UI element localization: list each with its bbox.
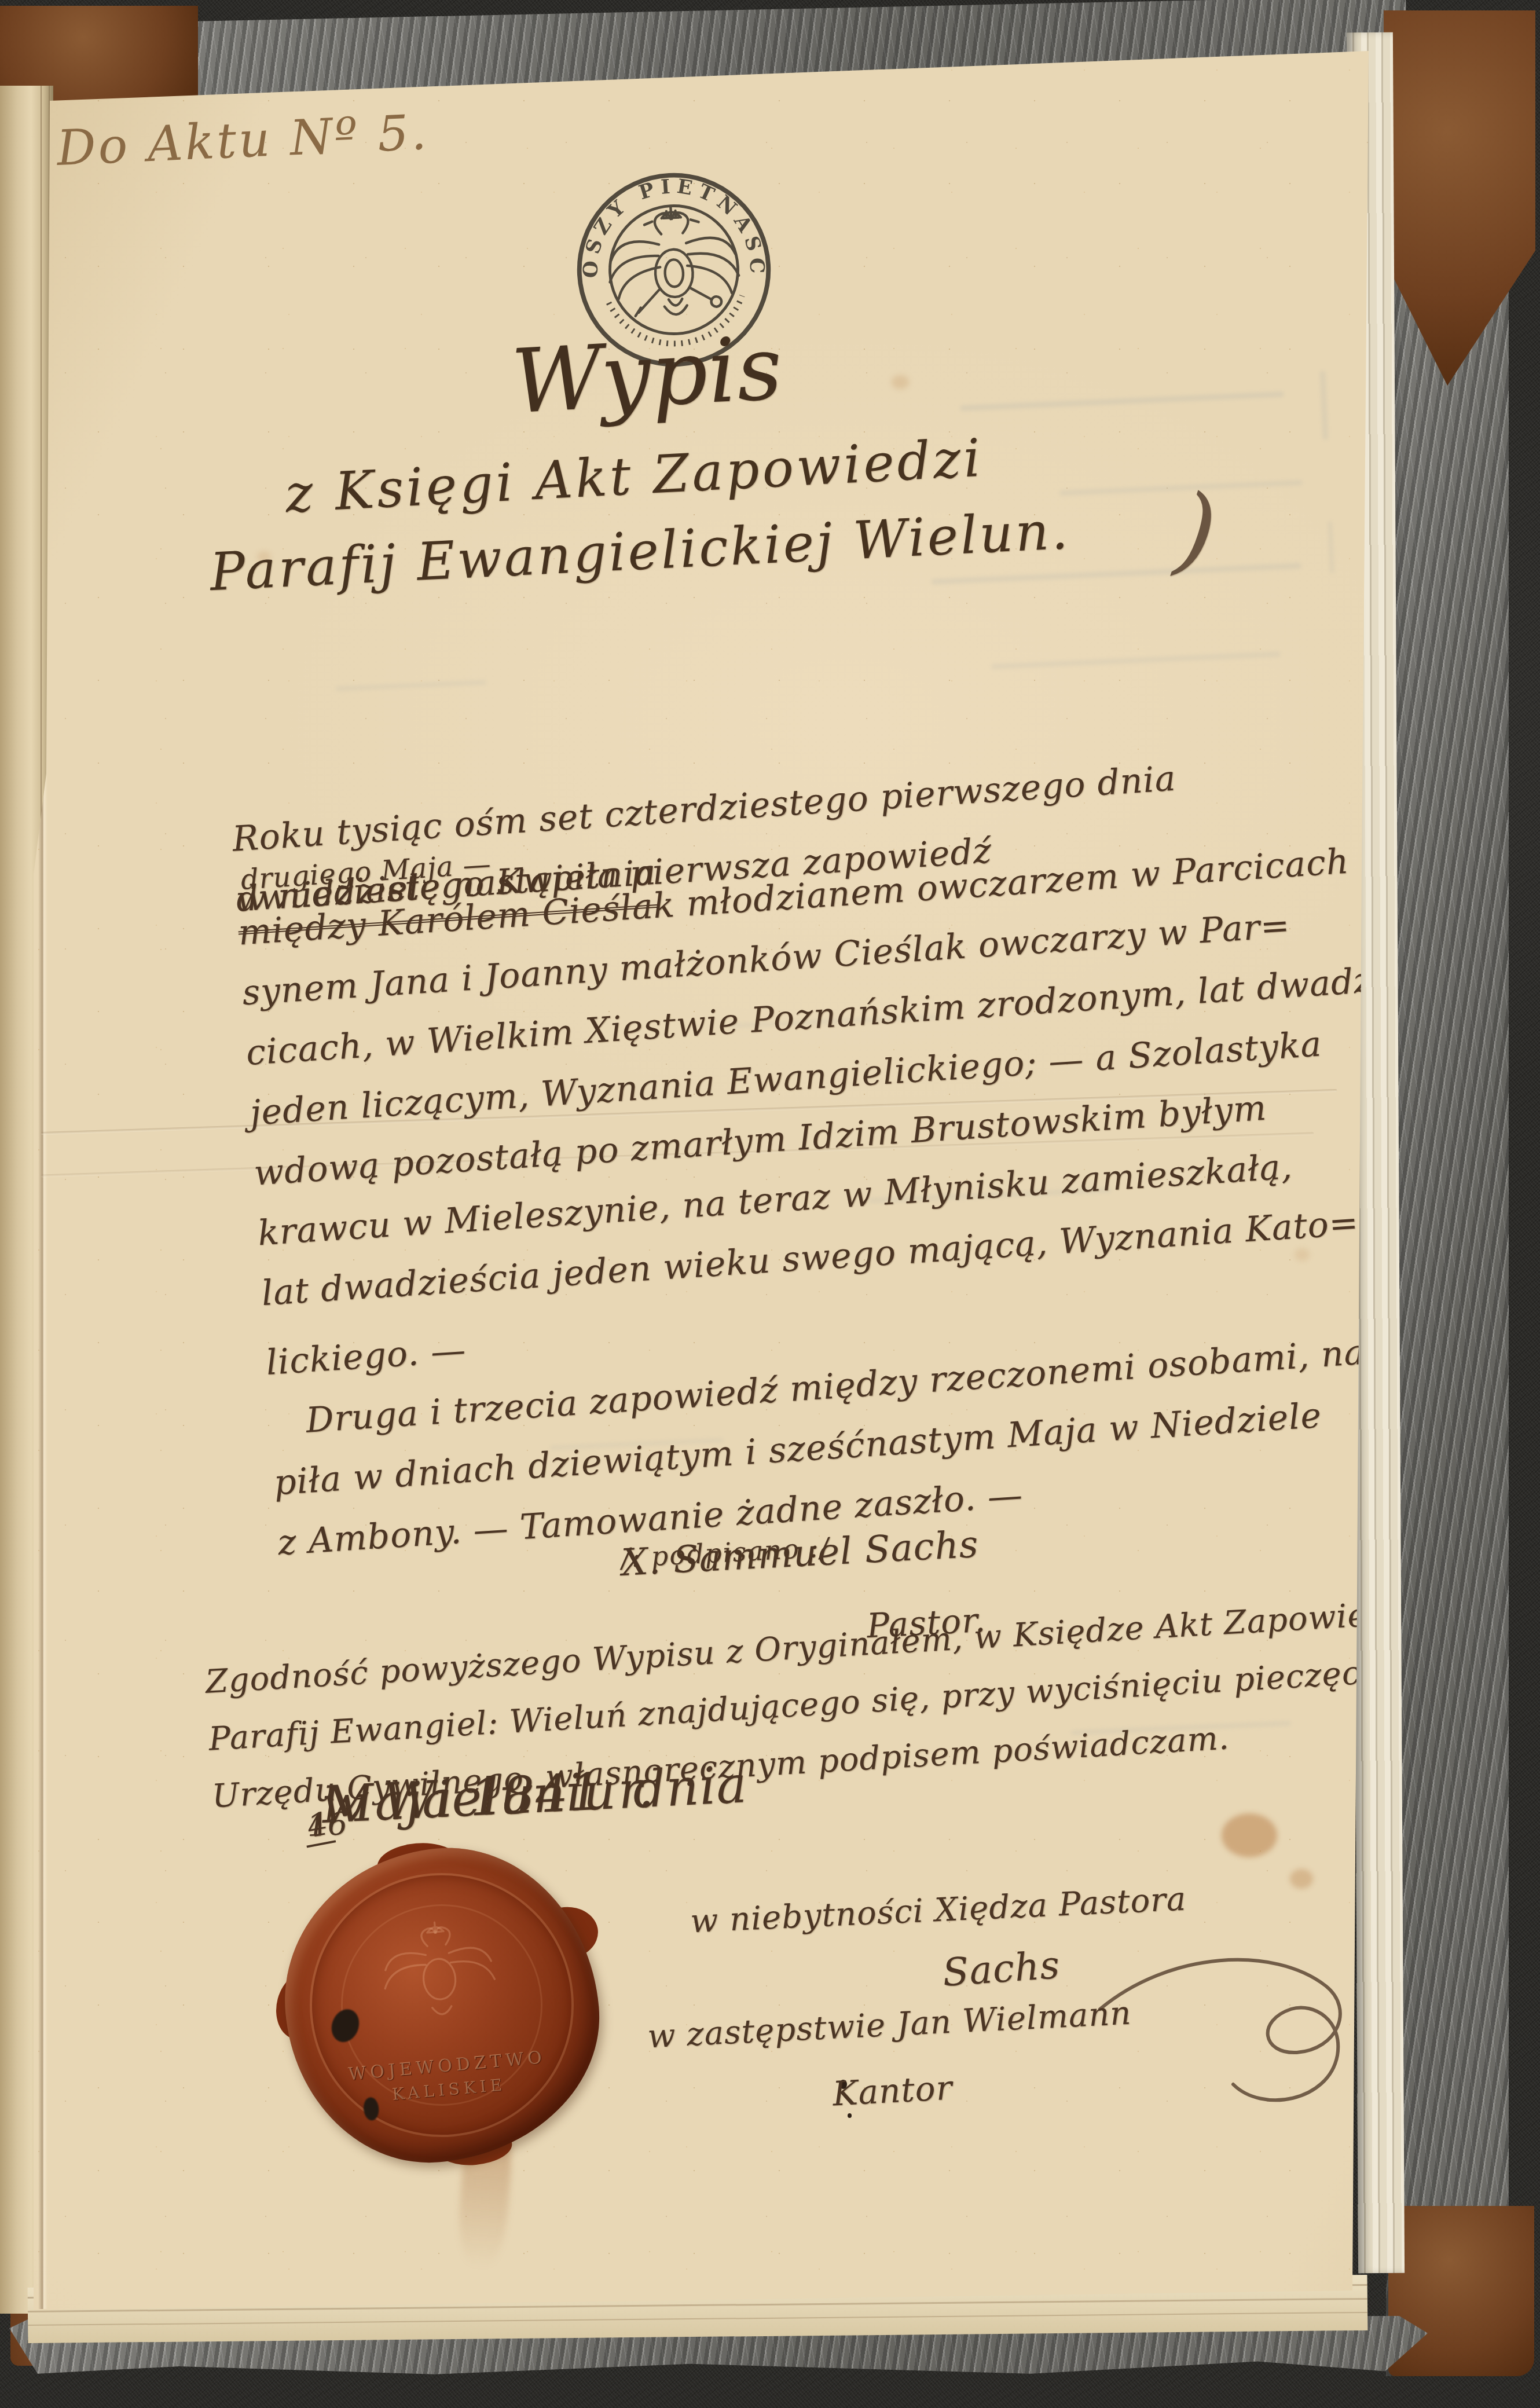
document-title: Wypis [509, 324, 784, 426]
ink-speck [848, 2113, 852, 2118]
archival-note: Do Aktu Nº 5. [56, 108, 430, 173]
deputy-signature: w zastępstwie Jan Wielmann [647, 1997, 1132, 2054]
bleed-through-mark [1328, 521, 1334, 573]
leather-corner-bottom-right [1388, 2206, 1534, 2376]
bleed-through-text [336, 680, 486, 691]
stamp-inner-ring [607, 203, 741, 337]
body-text-block: Roku tysiąc ośm set czterdziestego pierw… [230, 730, 1510, 1574]
foxing-spot [1222, 1813, 1277, 1857]
deputy-title: Kantor [832, 2071, 954, 2111]
document-subtitle: z Księgi Akt Zapowiedzi [284, 432, 984, 521]
bleed-through-text [1059, 480, 1303, 496]
title-flourish: ) [1172, 480, 1222, 581]
closing-pastor-name: Sachs [941, 1946, 1061, 1992]
dateline-month-year: Maja 1841 r. [321, 1764, 655, 1831]
signature-flourish [1088, 1928, 1361, 2160]
bleed-through-mark [1319, 371, 1328, 440]
bleed-through-text [931, 563, 1301, 585]
document-page: Do Aktu Nº 5. GROSZY PIETNAŚCIE Wypis z … [0, 0, 1540, 2408]
foxing-spot [892, 375, 909, 389]
foxing-spot [1290, 1869, 1313, 1889]
wax-seal: WOJEWODZTWO KALISKIE [272, 1835, 611, 2174]
seal-eagle-emboss [345, 1882, 533, 2070]
bleed-through-text [991, 651, 1281, 669]
bleed-through-text [960, 391, 1284, 411]
double-headed-eagle-icon [606, 203, 740, 318]
